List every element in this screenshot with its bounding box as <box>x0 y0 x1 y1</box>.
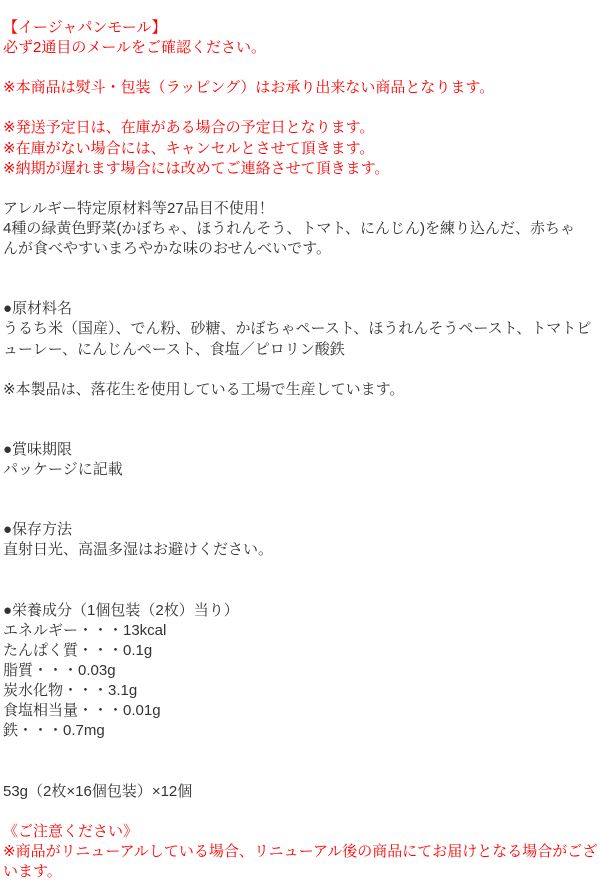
text-line: ※商品がリニューアルしている場合、リニューアル後の商品にてお届けとなる場合がござ <box>3 842 597 862</box>
text-line: 鉄・・・0.7mg <box>3 721 597 741</box>
blank-line <box>3 561 597 581</box>
text-line: ※本製品は、落花生を使用している工場で生産しています。 <box>3 380 597 400</box>
text-line: エネルギー・・・13kcal <box>3 621 597 641</box>
description-text: 【イージャパンモール】必ず2通目のメールをご確認ください。※本商品は熨斗・包装（… <box>3 18 597 880</box>
blank-line <box>3 400 597 420</box>
blank-line <box>3 58 597 78</box>
product-description-page: 【イージャパンモール】必ず2通目のメールをご確認ください。※本商品は熨斗・包装（… <box>0 0 600 880</box>
text-line: 食塩相当量・・・0.01g <box>3 701 597 721</box>
text-line: たんぱく質・・・0.1g <box>3 641 597 661</box>
section-peanut-factory-note: ※本製品は、落花生を使用している工場で生産しています。 <box>3 380 597 440</box>
blank-line <box>3 420 597 440</box>
blank-line <box>3 279 597 299</box>
text-line: ューレー、にんじんペースト、食塩／ピロリン酸鉄 <box>3 340 597 360</box>
text-line: ●賞味期限 <box>3 440 597 460</box>
text-line: ●栄養成分（1個包装（2枚）当り） <box>3 601 597 621</box>
text-line: 炭水化物・・・3.1g <box>3 681 597 701</box>
text-line: ●保存方法 <box>3 520 597 540</box>
blank-line <box>3 179 597 199</box>
text-line: います。 <box>3 862 597 880</box>
text-line: 《ご注意ください》 <box>3 822 597 842</box>
blank-line <box>3 741 597 761</box>
blank-line <box>3 802 597 822</box>
blank-line <box>3 259 597 279</box>
section-product-intro: アレルギー特定原材料等27品目不使用！4種の緑黄色野菜(かぼちゃ、ほうれんそう、… <box>3 199 597 299</box>
text-line: アレルギー特定原材料等27品目不使用！ <box>3 199 597 219</box>
blank-line <box>3 761 597 781</box>
blank-line <box>3 480 597 500</box>
section-wrapping-notice: ※本商品は熨斗・包装（ラッピング）はお承り出来ない商品となります。 <box>3 78 597 118</box>
text-line: ※発送予定日は、在庫がある場合の予定日となります。 <box>3 118 597 138</box>
text-line: 必ず2通目のメールをご確認ください。 <box>3 38 597 58</box>
blank-line <box>3 360 597 380</box>
section-nutrition-facts: ●栄養成分（1個包装（2枚）当り）エネルギー・・・13kcalたんぱく質・・・0… <box>3 601 597 782</box>
section-storage-method: ●保存方法直射日光、高温多湿はお避けください。 <box>3 520 597 600</box>
text-line: ※納期が遅れます場合には改めてご連絡させて頂きます。 <box>3 159 597 179</box>
text-line: ※在庫がない場合には、キャンセルとさせて頂きます。 <box>3 139 597 159</box>
section-best-before: ●賞味期限パッケージに記載 <box>3 440 597 520</box>
text-line: 直射日光、高温多湿はお避けください。 <box>3 540 597 560</box>
text-line: うるち米（国産）、でん粉、砂糖、かぼちゃペースト、ほうれんそうペースト、トマトピ <box>3 319 597 339</box>
text-line: ※本商品は熨斗・包装（ラッピング）はお承り出来ない商品となります。 <box>3 78 597 98</box>
section-package-size: 53g（2枚×16個包装）×12個 <box>3 782 597 822</box>
text-line: んが食べやすいまろやかな味のおせんべいです。 <box>3 239 597 259</box>
section-shipping-notices: ※発送予定日は、在庫がある場合の予定日となります。※在庫がない場合には、キャンセ… <box>3 118 597 198</box>
blank-line <box>3 581 597 601</box>
blank-line <box>3 98 597 118</box>
section-mall-header-notice: 【イージャパンモール】必ず2通目のメールをご確認ください。 <box>3 18 597 78</box>
text-line: ●原材料名 <box>3 299 597 319</box>
text-line: 53g（2枚×16個包装）×12個 <box>3 782 597 802</box>
text-line: 【イージャパンモール】 <box>3 18 597 38</box>
text-line: 脂質・・・0.03g <box>3 661 597 681</box>
text-line: パッケージに記載 <box>3 460 597 480</box>
section-ingredients: ●原材料名うるち米（国産）、でん粉、砂糖、かぼちゃペースト、ほうれんそうペースト… <box>3 299 597 379</box>
section-renewal-caution: 《ご注意ください》※商品がリニューアルしている場合、リニューアル後の商品にてお届… <box>3 822 597 880</box>
blank-line <box>3 500 597 520</box>
text-line: 4種の緑黄色野菜(かぼちゃ、ほうれんそう、トマト、にんじん)を練り込んだ、赤ちゃ <box>3 219 597 239</box>
